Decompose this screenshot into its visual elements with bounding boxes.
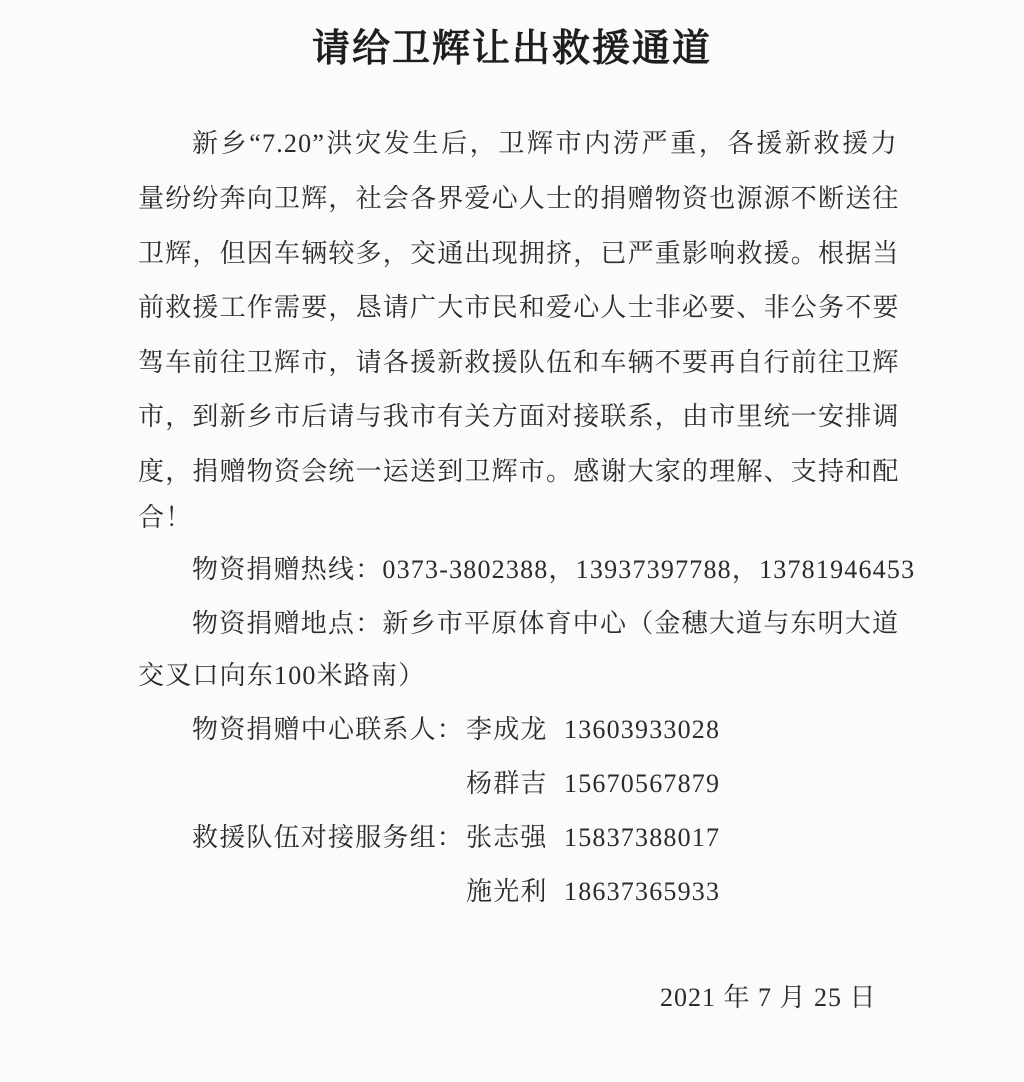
body-line-5: 驾车前往卫辉市，请各援新救援队伍和车辆不要再自行前往卫辉	[138, 345, 898, 381]
body-line-6: 市，到新乡市后请与我市有关方面对接联系，由市里统一安排调	[138, 399, 898, 435]
notice-page: 请给卫辉让出救援通道 新乡“7.20”洪灾发生后，卫辉市内涝严重，各援新救援力 …	[0, 0, 1024, 1082]
hotline-numbers: 0373-3802388，13937397788，13781946453	[382, 555, 915, 584]
notice-title: 请给卫辉让出救援通道	[0, 22, 1024, 74]
contact-phone: 15670567879	[564, 766, 720, 802]
body-line-2: 量纷纷奔向卫辉，社会各界爱心人士的捐赠物资也源源不断送往	[138, 181, 898, 217]
body-line-8: 合！	[138, 500, 898, 536]
notice-date: 2021 年 7 月 25 日	[660, 980, 877, 1016]
contact-phone: 13603933028	[564, 712, 720, 748]
contact-phone: 18637365933	[564, 874, 720, 910]
body-line-1: 新乡“7.20”洪灾发生后，卫辉市内涝严重，各援新救援力	[192, 126, 898, 162]
rescue-contact-label: 救援队伍对接服务组：	[192, 820, 464, 856]
location-line-2: 交叉口向东100米路南）	[138, 658, 898, 694]
contact-name: 李成龙	[466, 712, 548, 748]
body-line-4: 前救援工作需要，恳请广大市民和爱心人士非必要、非公务不要	[138, 290, 898, 326]
hotline-line: 物资捐赠热线：0373-3802388，13937397788，13781946…	[192, 552, 898, 588]
donation-contact-label: 物资捐赠中心联系人：	[192, 712, 464, 748]
contact-phone: 15837388017	[564, 820, 720, 856]
contact-name: 杨群吉	[466, 766, 548, 802]
body-line-3: 卫辉，但因车辆较多，交通出现拥挤，已严重影响救援。根据当	[138, 236, 898, 272]
body-line-7: 度，捐赠物资会统一运送到卫辉市。感谢大家的理解、支持和配	[138, 454, 898, 490]
hotline-label: 物资捐赠热线：	[192, 555, 382, 584]
location-line-1: 物资捐赠地点：新乡市平原体育中心（金穗大道与东明大道	[192, 606, 898, 642]
contact-name: 张志强	[466, 820, 548, 856]
contact-name: 施光利	[466, 874, 548, 910]
